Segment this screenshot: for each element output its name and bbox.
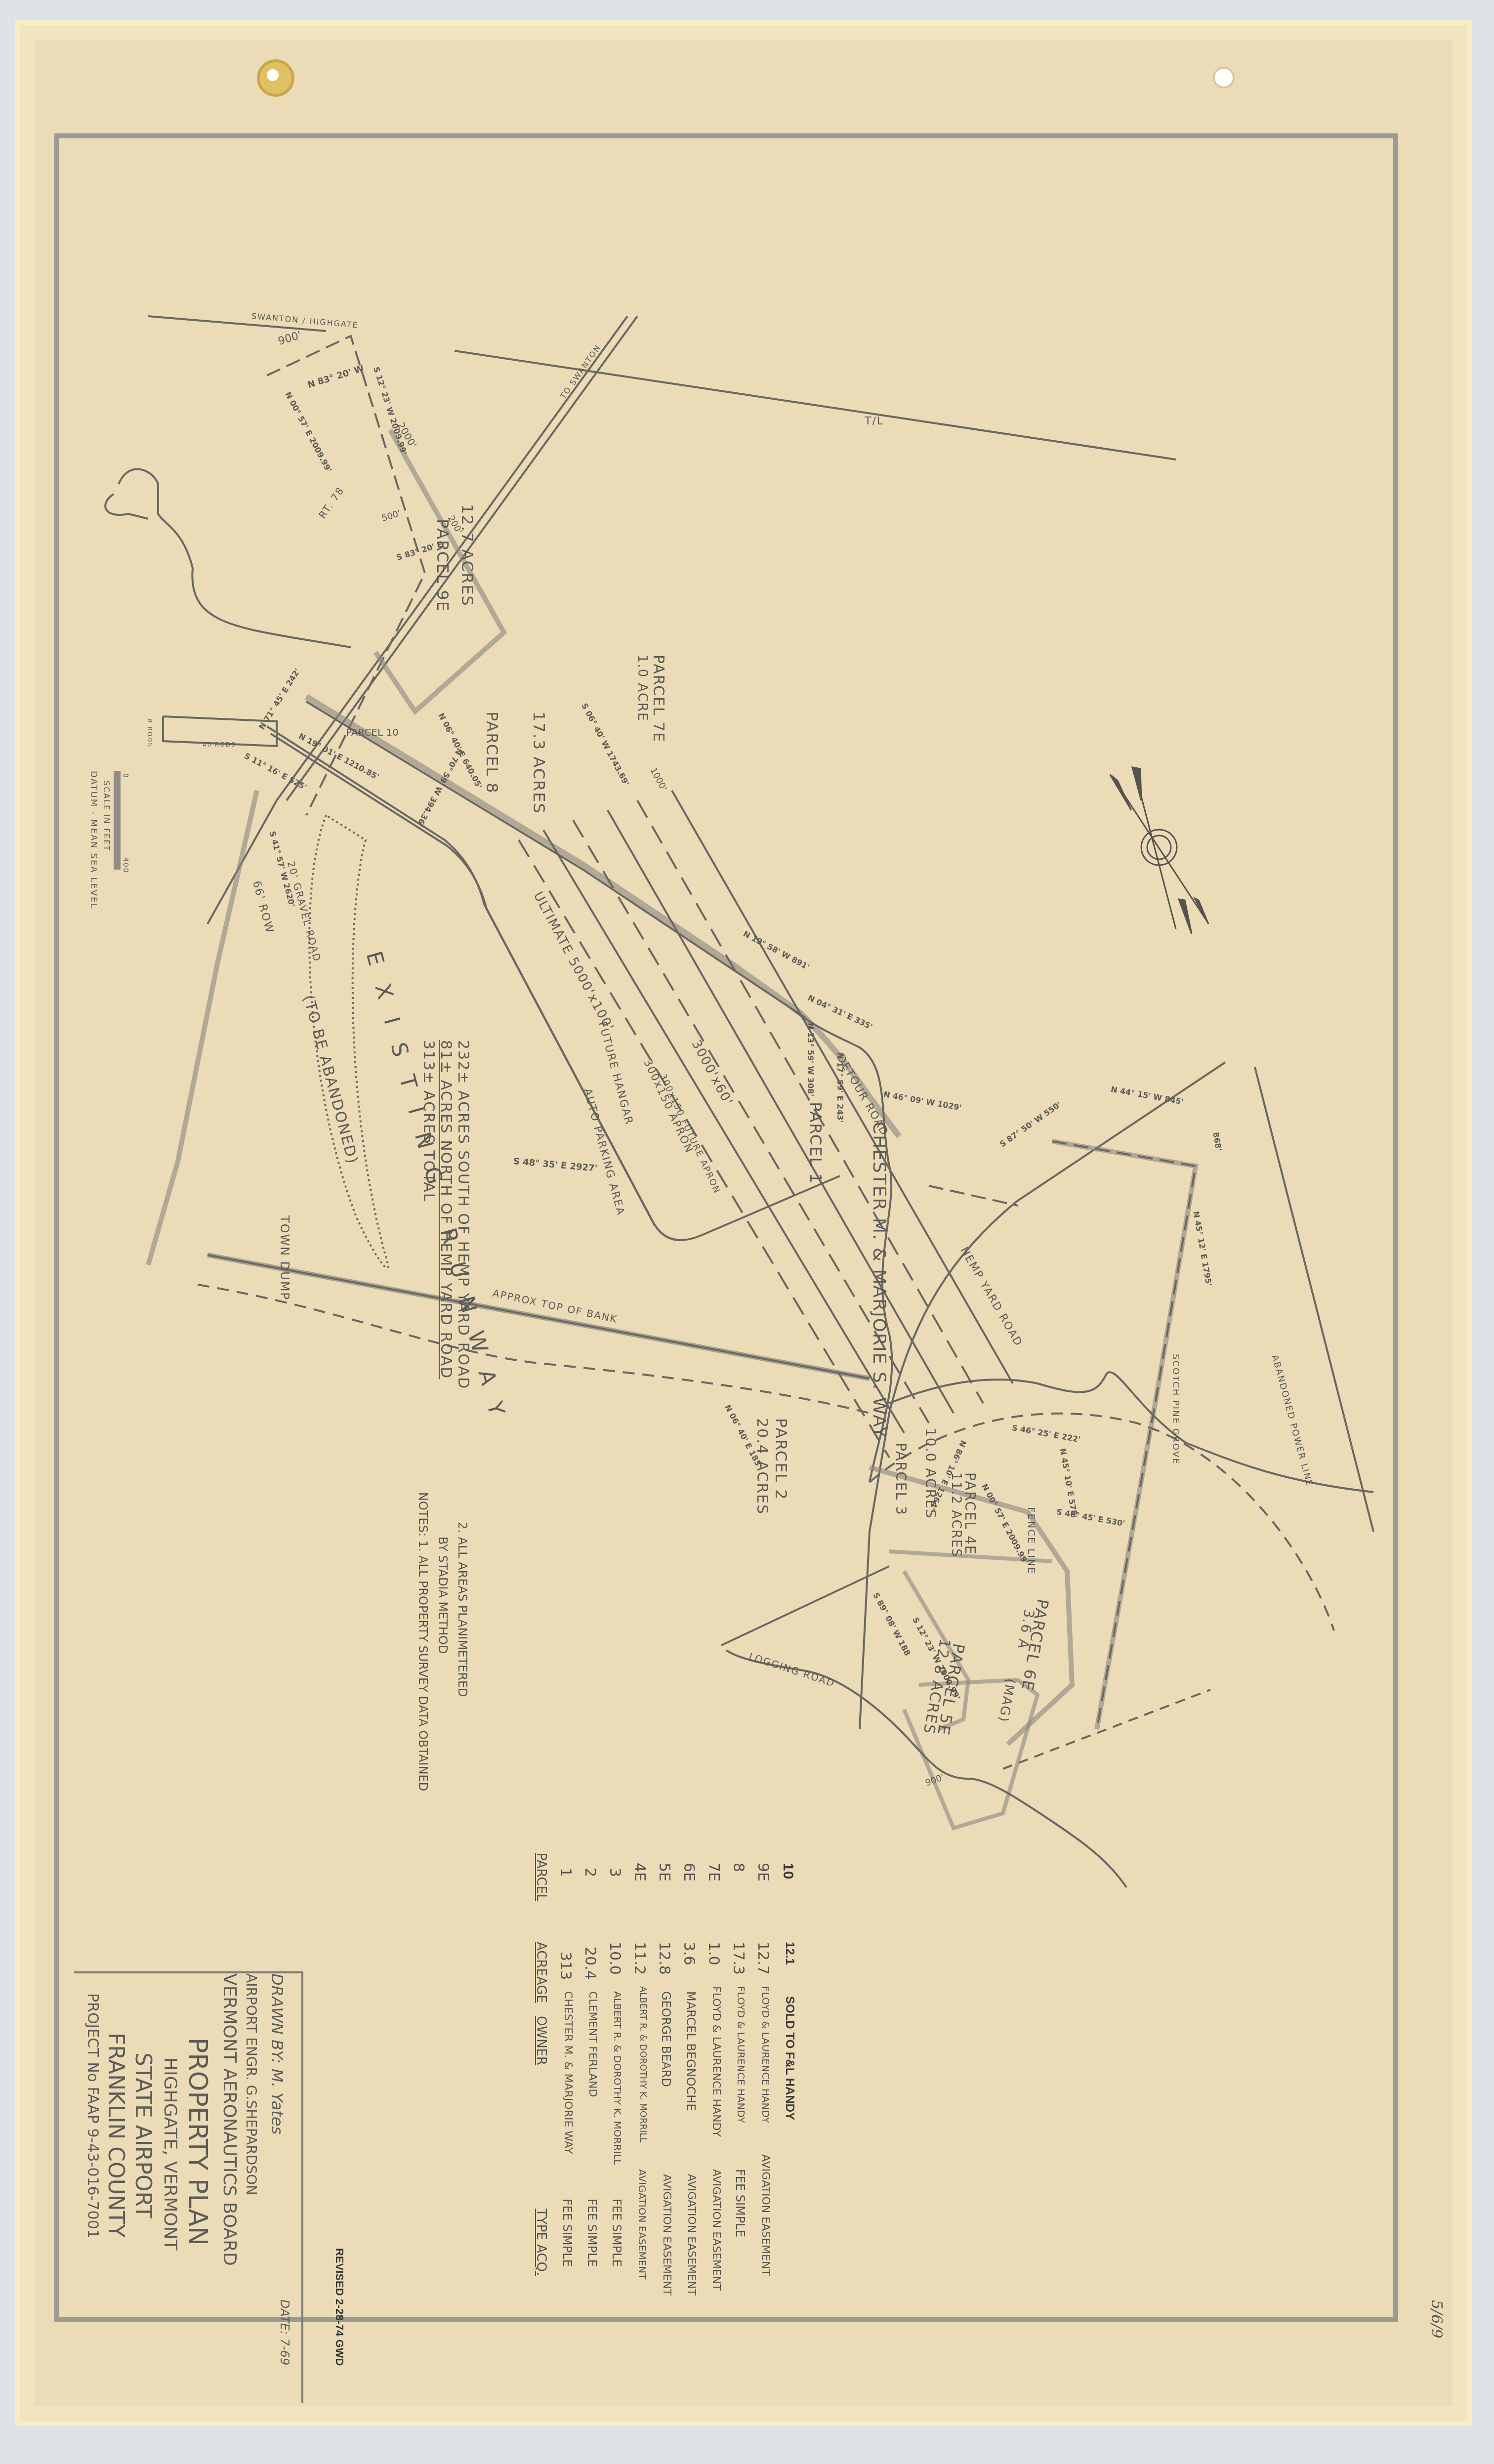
acreage-south: 232± ACRES SOUTH OF HEMP YARD ROAD <box>455 1040 472 1389</box>
scale-end: 400 <box>122 857 129 874</box>
location: HIGHGATE, VERMONT <box>160 2057 180 2251</box>
bearing-label: N 17° 59' E 243' <box>835 1052 845 1123</box>
project-number: PROJECT No FAAP 9-43-016-7001 <box>84 1993 101 2239</box>
note-line-2: BY STADIA METHOD <box>436 1537 450 1654</box>
parcel-7e-label: PARCEL 7E <box>650 655 667 743</box>
note-line-3: 2. ALL AREAS PLANIMETERED <box>456 1522 469 1697</box>
parcel-2-label: PARCEL 2 <box>772 1418 790 1501</box>
revision-stamp: REVISED 2-28-74 GWD <box>333 2248 346 2366</box>
tl-label: T/L <box>865 415 884 427</box>
parcel-4e-label: PARCEL 4E <box>962 1472 978 1555</box>
airport-name: STATE AIRPORT <box>130 2052 156 2218</box>
scotch-pine-label: SCOTCH PINE GROVE <box>1170 1354 1181 1465</box>
datum-label: DATUM - MEAN SEA LEVEL <box>88 771 99 909</box>
corner-note: 5/6/9 <box>1428 2300 1445 2338</box>
title-block: PROJECT No FAAP 9-43-016-7001 FRANKLIN C… <box>74 1971 303 2403</box>
acreage-north: 81± ACRES NORTH OF HEMP YARD ROAD <box>437 1040 455 1379</box>
fence-line-label: FENCE LINE <box>1026 1507 1037 1575</box>
parcel-9e-label: PARCEL 9E <box>433 519 452 612</box>
scale-start: 0 <box>122 773 129 779</box>
acreage-total: 313± ACRES TOTAL <box>420 1040 437 1202</box>
chester-way-label: CHESTER M. & MARJORIE S. WAY <box>869 1122 889 1438</box>
header-type: TYPE ACQ. <box>534 2209 548 2276</box>
parcel-10-label: PARCEL 10 <box>346 726 399 738</box>
parcel-8-label: PARCEL 8 <box>483 711 501 794</box>
board-name: VERMONT AERONAUTICS BOARD <box>219 1973 240 2266</box>
drawing-date: DATE: 7-69 <box>278 2299 291 2365</box>
parcel-legend-table: PARCEL ACREAGE OWNER TYPE ACQ. 1313CHEST… <box>529 1853 805 2297</box>
header-acreage: ACREAGE <box>534 1942 548 2003</box>
rods-8-label: 8 RODS <box>146 719 153 748</box>
north-arrow-icon <box>1110 767 1208 934</box>
header-parcel: PARCEL <box>534 1853 548 1901</box>
town-dump-label: TOWN DUMP <box>278 1215 291 1300</box>
county-name: FRANKLIN COUNTY <box>103 2033 128 2238</box>
parcel-1-label: PARCEL 1 <box>806 1102 825 1184</box>
drawn-by: DRAWN BY: M. Yates <box>268 1973 287 2134</box>
parcel-9e-acres: 12.7 ACRES <box>458 504 477 607</box>
parcel-8-acres: 17.3 ACRES <box>530 711 548 814</box>
notes-block: NOTES: 1. ALL PROPERTY SURVEY DATA OBTAI… <box>400 1492 489 1838</box>
parcel-3-label: PARCEL 3 <box>893 1443 909 1516</box>
rods-40-label: 40 RODS <box>203 741 236 748</box>
scale-label: SCALE IN FEET <box>102 781 111 851</box>
bearing-label: N 13° 59' W 308' <box>806 1023 815 1096</box>
header-owner: OWNER <box>534 2016 548 2065</box>
parcel-7e-acres: 1.0 ACRE <box>635 655 650 722</box>
plan-title: PROPERTY PLAN <box>183 2038 212 2246</box>
parcel-4e-acres: 11.2 ACRES <box>949 1472 963 1558</box>
engineer: AIRPORT ENGR. G.SHEPARDSON <box>243 1973 259 2195</box>
note-line-1: NOTES: 1. ALL PROPERTY SURVEY DATA OBTAI… <box>416 1492 430 1791</box>
